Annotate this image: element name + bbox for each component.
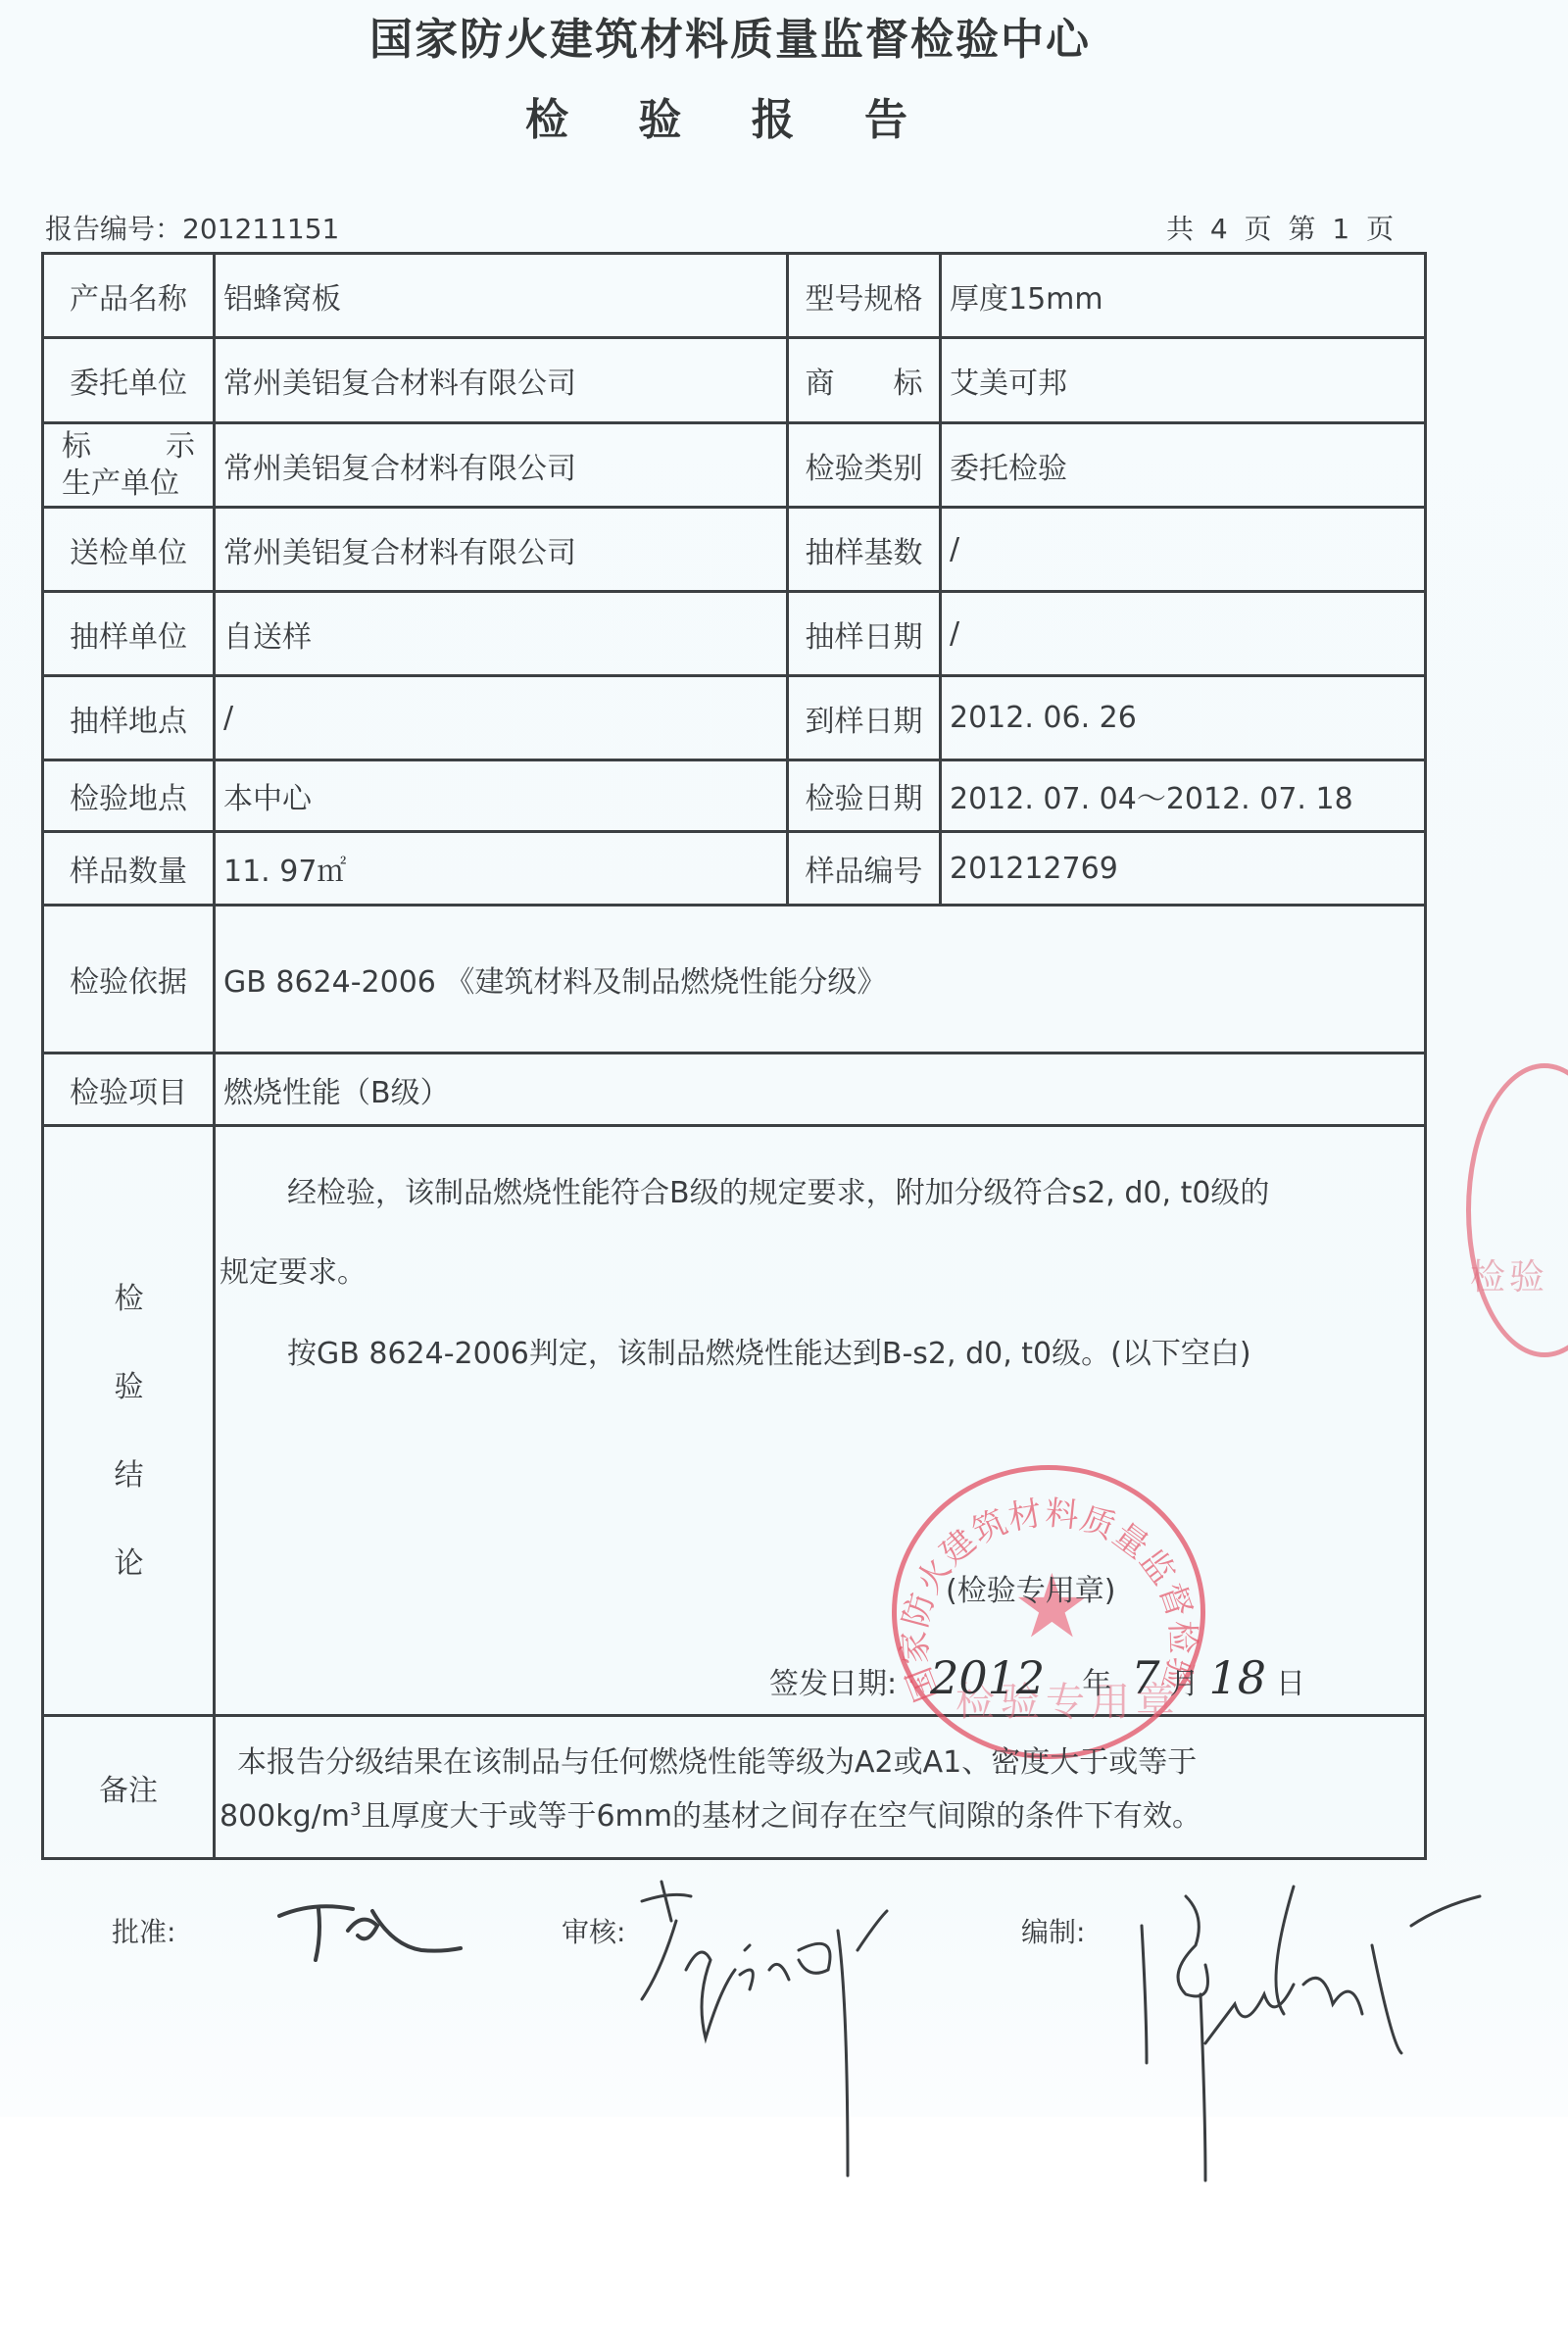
label-char: 结 bbox=[115, 1450, 144, 1494]
conclusion-para1-line2: 规定要求。 bbox=[220, 1248, 367, 1291]
remark-text: 本报告分级结果在该制品与任何燃烧性能等级为A2或A1、密度大于或等于 800kg… bbox=[220, 1739, 1201, 1840]
partial-stamp-text: 检验 bbox=[1470, 1249, 1548, 1299]
label-sampling-base: 抽样基数 bbox=[789, 509, 939, 590]
approver-signature bbox=[274, 1891, 470, 1970]
label-inspection-type: 检验类别 bbox=[789, 424, 939, 506]
inspection-seal-stamp: 国家防火建筑材料质量监督检验中心 ★ 检验专用章 bbox=[892, 1465, 1205, 1759]
label-sampling-date: 抽样日期 bbox=[789, 593, 939, 674]
issue-date: 签发日期: 2012 年 7 月 18 日 bbox=[769, 1651, 1305, 1704]
doc-title: 检 验 报 告 bbox=[0, 84, 1460, 147]
remark-line2: 800kg/m3且厚度大于或等于6mm的基材之间存在空气间隙的条件下有效。 bbox=[220, 1787, 1201, 1840]
org-title: 国家防火建筑材料质量监督检验中心 bbox=[0, 4, 1460, 67]
issue-year: 2012 bbox=[930, 1651, 1045, 1704]
label-sampling-location: 抽样地点 bbox=[44, 677, 213, 759]
conclusion-para1-line1: 经检验，该制品燃烧性能符合B级的规定要求，附加分级符合s2, d0, t0级的 bbox=[287, 1168, 1269, 1211]
report-number-label: 报告编号： bbox=[45, 213, 182, 245]
label-inspection-location: 检验地点 bbox=[44, 761, 213, 830]
value-sample-quantity: 11. 97㎡ bbox=[216, 833, 786, 904]
value-sample-number: 201212769 bbox=[942, 833, 1424, 904]
label-model-spec: 型号规格 bbox=[789, 255, 939, 336]
remark-superscript: 3 bbox=[350, 1799, 361, 1820]
value-sampling-location: / bbox=[216, 677, 786, 759]
remark-line2-rest: 且厚度大于或等于6mm的基材之间存在空气间隙的条件下有效。 bbox=[361, 1799, 1201, 1834]
reviewer-signature bbox=[603, 1862, 926, 2107]
label-manufacturer-bottom: 生产单位 bbox=[62, 465, 195, 503]
value-manufacturer: 常州美铝复合材料有限公司 bbox=[216, 424, 786, 506]
value-sampling-date: / bbox=[942, 593, 1424, 674]
value-inspection-type: 委托检验 bbox=[942, 424, 1424, 506]
label-submitter: 送检单位 bbox=[44, 509, 213, 590]
label-char: 验 bbox=[115, 1362, 144, 1405]
label-char: 检 bbox=[115, 1274, 144, 1317]
label-client: 委托单位 bbox=[44, 339, 213, 421]
value-trademark: 艾美可邦 bbox=[942, 339, 1424, 421]
value-model-spec: 厚度15mm bbox=[942, 255, 1424, 336]
day-char: 日 bbox=[1276, 1659, 1305, 1702]
compiler-signature bbox=[1127, 1867, 1539, 2112]
label-conclusion: 检 验 结 论 bbox=[43, 1274, 215, 1582]
label-item: 检验项目 bbox=[44, 1054, 213, 1124]
value-sampling-unit: 自送样 bbox=[216, 593, 786, 674]
issue-month: 7 bbox=[1131, 1651, 1159, 1704]
stamp-note: (检验专用章) bbox=[946, 1566, 1115, 1609]
value-submitter: 常州美铝复合材料有限公司 bbox=[216, 509, 786, 590]
label-char: 标 bbox=[62, 428, 91, 465]
value-client: 常州美铝复合材料有限公司 bbox=[216, 339, 786, 421]
label-sample-number: 样品编号 bbox=[789, 833, 939, 904]
value-arrival-date: 2012. 06. 26 bbox=[942, 677, 1424, 759]
label-manufacturer-stack: 标 示 生产单位 bbox=[62, 428, 195, 503]
table-border-bottom bbox=[41, 1857, 1427, 1860]
conclusion-para2: 按GB 8624-2006判定，该制品燃烧性能达到B-s2, d0, t0级。(… bbox=[287, 1329, 1251, 1372]
approve-label: 批准: bbox=[112, 1911, 175, 1950]
value-basis: GB 8624-2006 《建筑材料及制品燃烧性能分级》 bbox=[216, 906, 1424, 1052]
label-sample-quantity: 样品数量 bbox=[44, 833, 213, 904]
remark-line1: 本报告分级结果在该制品与任何燃烧性能等级为A2或A1、密度大于或等于 bbox=[220, 1739, 1201, 1787]
label-char: 示 bbox=[166, 428, 195, 465]
value-item: 燃烧性能（B级） bbox=[216, 1054, 1424, 1124]
label-arrival-date: 到样日期 bbox=[789, 677, 939, 759]
value-inspection-date: 2012. 07. 04～2012. 07. 18 bbox=[942, 761, 1424, 830]
label-inspection-date: 检验日期 bbox=[789, 761, 939, 830]
value-product-name: 铝蜂窝板 bbox=[216, 255, 786, 336]
page-indicator: 共 4 页 第 1 页 bbox=[1166, 208, 1394, 247]
remark-density: 800kg/m bbox=[220, 1799, 350, 1834]
row-divider bbox=[41, 1124, 1427, 1127]
label-char: 论 bbox=[115, 1539, 144, 1582]
label-sampling-unit: 抽样单位 bbox=[44, 593, 213, 674]
issue-day: 18 bbox=[1208, 1651, 1266, 1704]
report-number-value: 201211151 bbox=[182, 213, 339, 245]
value-inspection-location: 本中心 bbox=[216, 761, 786, 830]
value-sampling-base: / bbox=[942, 509, 1424, 590]
label-manufacturer: 标 示 生产单位 bbox=[44, 424, 213, 506]
year-char: 年 bbox=[1082, 1659, 1111, 1702]
label-trademark: 商 标 bbox=[789, 339, 939, 421]
label-remark: 备注 bbox=[44, 1717, 213, 1857]
row-divider bbox=[41, 1714, 1427, 1717]
label-basis: 检验依据 bbox=[44, 906, 213, 1052]
issue-date-label: 签发日期: bbox=[769, 1659, 897, 1702]
month-char: 月 bbox=[1169, 1659, 1199, 1702]
compile-label: 编制: bbox=[1021, 1911, 1085, 1950]
table-border-right bbox=[1424, 252, 1427, 1860]
label-product-name: 产品名称 bbox=[44, 255, 213, 336]
report-number: 报告编号：201211151 bbox=[45, 208, 339, 247]
label-manufacturer-top: 标 示 bbox=[62, 428, 195, 465]
